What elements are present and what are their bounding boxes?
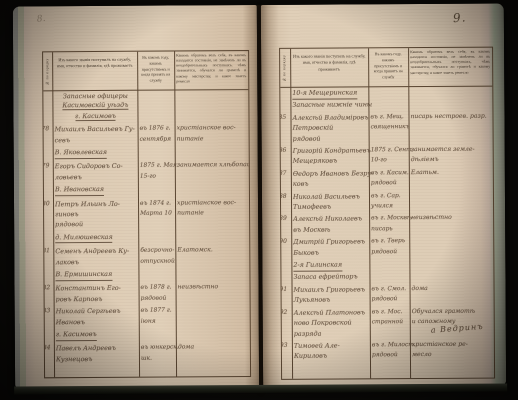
remark-line: дома <box>178 342 249 353</box>
heading-line: г. Касимовъ <box>56 330 97 341</box>
entry-remark: занимается земле-дѣліемъ <box>409 145 493 168</box>
entry-name: Алексѣй ВладиміровъПетровскійрядовой <box>290 112 368 146</box>
heading-line: Запасные нижніе чины <box>292 100 367 111</box>
entry-number: 88 <box>280 191 291 214</box>
entry-name: Михаилъ Васильевъ Гу-севъ <box>53 124 138 147</box>
book-spread: 8. № по порядку Изъ какого званія поступ… <box>0 0 518 400</box>
name-line: Кузнецовъ <box>56 354 138 365</box>
column-header-number: № по порядку <box>280 49 290 87</box>
entry-number <box>280 260 291 285</box>
entry-service-note <box>138 269 175 284</box>
service-line: учился <box>371 201 408 212</box>
remark-line: неизвѣстно <box>411 213 492 224</box>
service-line: въ г. Касим. <box>371 168 408 179</box>
entry-number <box>280 88 290 113</box>
entry-name: Павелъ АндреевъКузнецовъ <box>54 343 139 366</box>
name-line: ковъ <box>293 179 368 190</box>
remark-line: христіанское ре- <box>412 339 493 350</box>
service-line: рядовой <box>141 293 175 304</box>
entry-name: Семенъ Андреевъ Ку-лаковъ <box>53 246 138 269</box>
remark-line: занимается земле- <box>411 145 492 156</box>
name-line: Тимофеевъ <box>293 201 368 212</box>
entry-name: Тимоѳей Але-Кириловъ <box>292 340 370 363</box>
service-line: въ 1877 г. <box>141 306 175 317</box>
name-line: Дмитрій Григорьевъ <box>293 237 368 248</box>
column-header-number: № по порядку <box>43 52 52 90</box>
service-line: въ г. Смол. <box>372 284 409 295</box>
entry-number: 91 <box>280 285 291 308</box>
heading-line: В. Яковлевская <box>55 148 107 159</box>
entry-service-note <box>139 329 176 344</box>
remark-line: дѣліемъ <box>411 155 492 166</box>
entry-service-note: въ 1874 г.Марта 10 <box>138 198 175 231</box>
right-entries: 10-я МещеринскаяЗапасные нижніе чины85Ал… <box>280 87 494 379</box>
entry-remark: дома <box>410 283 494 306</box>
service-line: 1875 г. Мая <box>140 161 174 172</box>
archival-scan: 8. № по порядку Изъ какого званія поступ… <box>0 0 518 400</box>
service-line: Марта 10 <box>140 209 174 220</box>
column-header-conduct: Какимъ образомъ велъ себя, въ какомъ нах… <box>174 51 248 89</box>
heading-line: 10-я Мещеринская <box>292 88 357 99</box>
entry-service-note <box>138 184 175 199</box>
column-header-conduct: Какимъ образомъ велъ себя, въ какомъ нах… <box>408 48 492 87</box>
entry-number: 81 <box>43 246 53 269</box>
page-edge-stack <box>14 383 507 394</box>
name-line: Тимоѳей Але- <box>294 340 369 351</box>
entry-service-note: въ 1877 г.іюня <box>139 306 176 329</box>
remark-line: писарь нестроев. разр. <box>410 111 491 122</box>
entry-remark: дома <box>176 342 250 365</box>
name-line: Ивановъ <box>56 316 138 327</box>
entry-service-note: въ г. Тверьрядовой <box>369 236 409 259</box>
service-line: въ г. Тверь <box>371 236 408 247</box>
entry-name: Дмитрій ГригорьевъБыковъ <box>291 237 369 260</box>
entry-remark: Елатомск. <box>175 245 249 268</box>
name-line: Петръ Ильинъ Ло- <box>55 198 137 209</box>
entry-service-note <box>369 259 409 284</box>
name-line: Григорій Кондратьевъ <box>293 145 368 156</box>
entry-number: 85 <box>280 113 290 146</box>
remark-line: занимается хлѣбопаш. <box>177 160 248 171</box>
name-line: Кириловъ <box>294 351 369 362</box>
name-line: Егоръ Сидоровъ Со- <box>55 161 137 172</box>
entry-service-note: въ г. Касим.рядовой <box>369 168 409 191</box>
name-line: въ Москвѣ <box>293 224 368 235</box>
service-line: священникъ <box>371 122 408 133</box>
entry-service-note: въ г. Москвѣписарь <box>369 214 409 237</box>
name-line: Лукьяновъ <box>294 295 369 306</box>
service-line: 15-го <box>140 171 174 182</box>
name-line: Михаилъ Васильевъ Гу- <box>55 124 137 135</box>
entry-service-note <box>138 231 175 246</box>
column-header-service: Въ какомъ году, какимъ присутствіемъ и к… <box>368 48 408 86</box>
name-line: Алексѣй Николаевъ <box>293 214 368 225</box>
name-line: рядовой <box>55 219 137 230</box>
entry-number: 86 <box>280 146 290 169</box>
entry-service-note <box>138 147 175 162</box>
entry-number <box>43 184 53 198</box>
entry-remark: христіанское вос-питаніе <box>175 123 249 146</box>
service-line: въ г. Сар. <box>371 191 408 202</box>
name-line: Быковъ <box>293 247 368 258</box>
entry-number <box>43 147 52 161</box>
name-line: Семенъ Андреевъ Ку- <box>55 246 137 257</box>
entry-name: Петръ Ильинъ Ло-гиновърядовой <box>53 198 138 232</box>
entry-service-note: въ г. Сар.учился <box>369 191 409 214</box>
service-line: рядовой <box>371 247 408 258</box>
entry-number: 89 <box>280 214 291 237</box>
entry-name: Николай СергѣевъИвановъ <box>54 306 139 329</box>
remark-line: Елатомск. <box>177 245 248 256</box>
entry-number: 80 <box>43 199 53 232</box>
section-heading: В. Ивановская <box>53 184 138 199</box>
entry-number <box>43 91 52 124</box>
heading-line: В. Ермишинская <box>55 270 112 281</box>
remark-line: неизвѣстно <box>178 282 249 293</box>
right-page: 9. № по порядку Изъ какого званія поступ… <box>261 4 506 386</box>
entry-number: 78 <box>43 124 52 147</box>
heading-line: Касимовскій уѣздъ <box>54 101 136 111</box>
entry-name: Николай ВасильевъТимофеевъ <box>291 191 369 214</box>
left-register-table: № по порядку Изъ какого званія поступилъ… <box>42 50 251 378</box>
service-line: безсрочно- <box>140 246 174 257</box>
heading-line: Запасные офицеры <box>54 91 136 102</box>
left-entries: Запасные офицерыКасимовскій уѣздъг. Каси… <box>43 90 250 377</box>
name-line: Алексѣй Платоновъ <box>294 307 369 318</box>
entry-remark: неизвѣстно <box>176 282 250 305</box>
entry-name: Алексѣй Николаевъвъ Москвѣ <box>291 214 369 237</box>
section-heading: 10-я МещеринскаяЗапасные нижніе чины <box>290 87 368 112</box>
right-page-number: 9. <box>452 10 466 25</box>
heading-line: Запаса ефрейторъ <box>293 272 368 283</box>
entry-service-note: 1875 г. Сент.10-го <box>369 145 409 168</box>
entry-number: 84 <box>43 344 54 367</box>
entry-service-note: въ 1876 г.сентября <box>138 124 175 147</box>
name-line: Михаилъ Григорьевъ <box>294 284 369 295</box>
service-line: въ 1874 г. <box>140 198 174 209</box>
entry-remark: Елатьм. <box>409 167 493 190</box>
heading-line: д. Милюшевская <box>55 233 113 244</box>
entry-service-note: въ г. Мещ.священникъ <box>368 112 408 145</box>
left-page: 8. № по порядку Изъ какого званія поступ… <box>13 5 259 387</box>
entry-service-note: въ г. Смол.рядовой <box>370 284 410 307</box>
column-header-name: Изъ какого званія поступилъ на службу, и… <box>290 48 368 86</box>
service-line: рядовой <box>372 350 409 361</box>
section-heading: 2-я ГилинскаяЗапаса ефрейторъ <box>291 259 369 284</box>
name-line: Алексѣй Владиміровъ <box>292 112 367 123</box>
service-line: въ г. Мос. <box>372 307 409 318</box>
entry-remark <box>409 259 493 284</box>
service-line: въ г. Москвѣ <box>371 214 408 225</box>
name-line: ново Покровской <box>294 317 369 328</box>
entry-number: 90 <box>280 237 291 260</box>
service-line: въ 1878 г. <box>141 283 175 294</box>
entry-name: Константинъ Его-ровъ Карповъ <box>54 283 139 306</box>
entry-number: 93 <box>280 341 292 364</box>
entry-number <box>43 329 54 343</box>
table-header: № по порядку Изъ какого званія поступилъ… <box>280 48 492 88</box>
entry-name: Егоръ Сидоровъ Со-ловьевъ <box>53 161 138 184</box>
remark-line: христіанское вос- <box>177 198 248 209</box>
name-line: разряда <box>294 328 369 339</box>
section-heading: В. Ермишинская <box>53 269 138 284</box>
name-line: Ѳедоръ Ивановъ Безру- <box>293 168 368 179</box>
left-page-number: 8. <box>36 14 46 25</box>
entry-number: 87 <box>280 169 291 192</box>
entry-remark <box>174 90 248 124</box>
service-line: въ юнкерск. <box>141 343 175 354</box>
remark-line: месло <box>412 350 493 361</box>
remark-line: христіанское вос- <box>177 123 248 134</box>
entry-name: Ѳедоръ Ивановъ Безру-ковъ <box>291 168 369 191</box>
entry-remark <box>408 87 492 112</box>
remark-line: дома <box>412 283 493 294</box>
entry-number: 79 <box>43 162 53 185</box>
service-line: рядовой <box>371 178 408 189</box>
entry-number: 82 <box>43 284 53 307</box>
section-heading: г. Касимовъ <box>54 329 139 344</box>
entry-remark <box>175 183 249 198</box>
service-line: въ г. Мещ. <box>370 112 407 123</box>
entry-service-note: безсрочно-отпускной <box>138 246 175 269</box>
remark-line: Обучался грамотѣ <box>412 306 493 317</box>
entry-service-note <box>368 87 408 112</box>
entry-remark: христіанское ре-месло <box>410 339 494 362</box>
remark-line: Елатьм. <box>411 167 492 178</box>
heading-line: 2-я Гилинская <box>293 261 342 272</box>
name-line: Мещеряковъ <box>293 156 368 167</box>
entry-service-note: въ г. Милост.рядовой <box>370 340 410 363</box>
entry-remark <box>176 328 250 343</box>
service-line: въ г. Милост. <box>372 340 409 351</box>
entry-name: Алексѣй Платоновъново Покровскойразряда <box>292 307 370 341</box>
entry-remark <box>409 190 493 213</box>
name-line: лаковъ <box>55 256 137 267</box>
name-line: Павелъ Андреевъ <box>56 343 138 354</box>
entry-name: Григорій КондратьевъМещеряковъ <box>291 145 369 168</box>
entry-remark <box>176 305 250 328</box>
entry-name: Михаилъ ГригорьевъЛукьяновъ <box>292 284 370 307</box>
entry-remark: неизвѣстно <box>409 213 493 236</box>
entry-remark <box>175 268 249 283</box>
entry-number: 92 <box>280 307 292 340</box>
name-line: Константинъ Его- <box>56 283 138 294</box>
entry-service-note <box>137 91 174 124</box>
entry-number <box>43 232 53 246</box>
entry-number <box>43 269 53 283</box>
entry-remark: писарь нестроев. разр. <box>408 111 492 145</box>
service-line: въ 1876 г. <box>140 124 174 135</box>
entry-service-note: въ г. Мос.странной <box>370 307 410 340</box>
section-heading: д. Милюшевская <box>53 232 138 247</box>
entry-remark <box>175 146 249 161</box>
service-line: рядовой <box>372 294 409 305</box>
heading-line: г. Касимовъ <box>54 112 136 122</box>
service-line: шк. <box>141 353 175 364</box>
heading-line: В. Ивановская <box>55 185 104 196</box>
service-line: писарь <box>371 224 408 235</box>
name-line: Николай Сергѣевъ <box>56 306 138 317</box>
table-header: № по порядку Изъ какого званія поступилъ… <box>43 51 248 91</box>
entry-service-note: въ 1878 г.рядовой <box>139 283 176 306</box>
section-heading: Запасные офицерыКасимовскій уѣздъг. Каси… <box>52 91 137 125</box>
entry-service-note: 1875 г. Мая15-го <box>138 161 175 184</box>
service-line: сентября <box>140 134 174 145</box>
name-line: севъ <box>55 134 137 145</box>
column-header-service: Въ какомъ году, какимъ присутствіемъ и к… <box>137 52 174 90</box>
service-line: іюня <box>141 316 175 327</box>
column-header-name: Изъ какого званія поступилъ на службу, и… <box>52 52 137 91</box>
name-line: Николай Васильевъ <box>293 191 368 202</box>
service-line: 1875 г. Сент. <box>371 145 408 156</box>
entry-remark <box>409 236 493 259</box>
name-line: Петровскій <box>293 123 368 134</box>
entry-service-note: въ юнкерск.шк. <box>139 343 176 366</box>
entry-remark <box>175 231 249 246</box>
service-line: 10-го <box>371 156 408 167</box>
name-line: ловьевъ <box>55 172 137 183</box>
remark-line: питаніе <box>177 134 248 145</box>
entry-remark: занимается хлѣбопаш. <box>175 160 249 183</box>
entry-number: 83 <box>43 306 53 329</box>
entry-remark: христіанское вос-питаніе <box>175 198 249 232</box>
name-line: гиновъ <box>55 209 137 220</box>
remark-line: питаніе <box>177 208 248 219</box>
service-line: странной <box>372 317 409 328</box>
name-line: ровъ Карповъ <box>56 294 138 305</box>
section-heading: В. Яковлевская <box>53 147 138 162</box>
name-line: рядовой <box>293 133 368 144</box>
service-line: отпускной <box>140 256 174 267</box>
